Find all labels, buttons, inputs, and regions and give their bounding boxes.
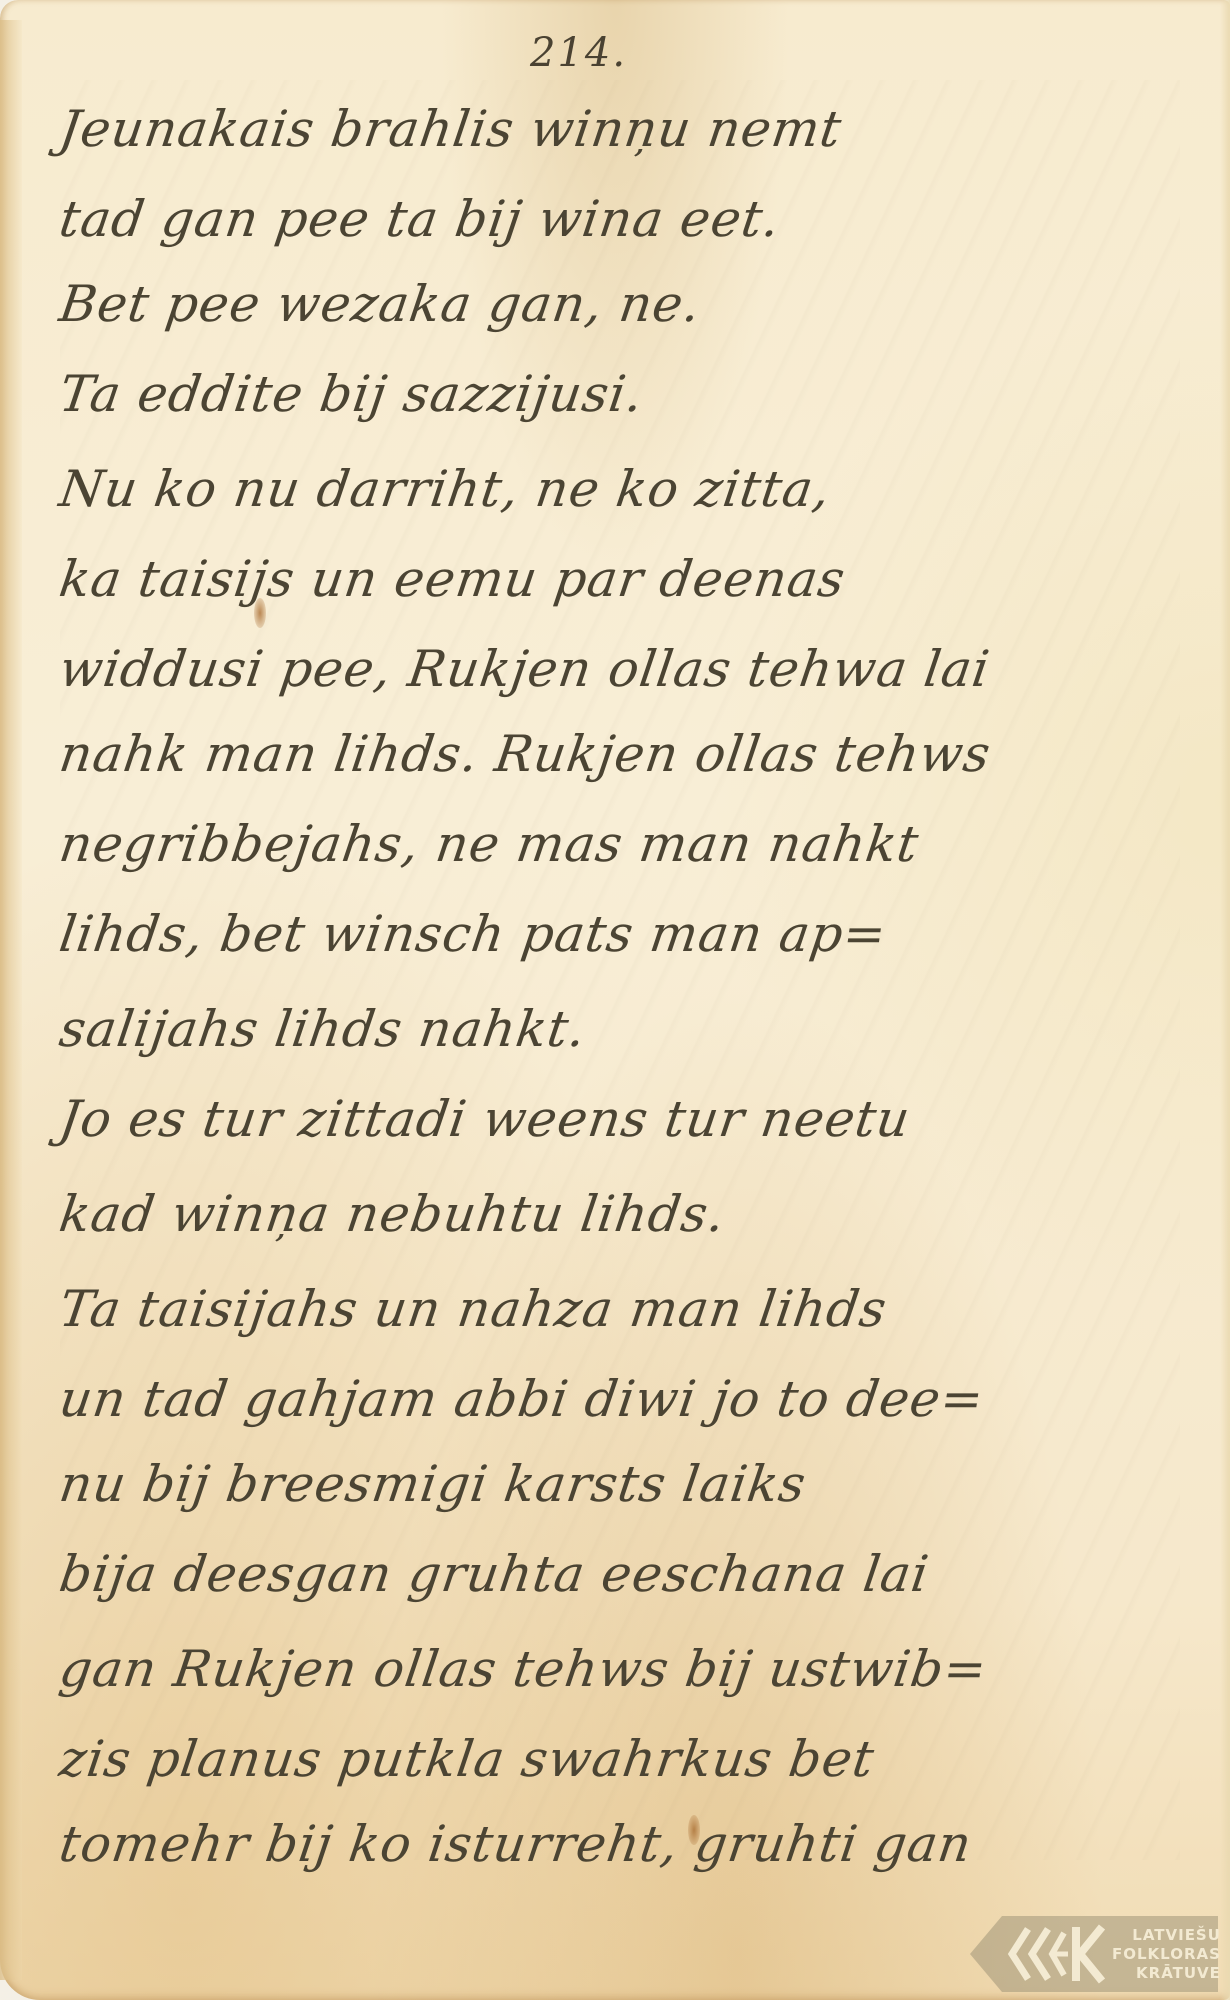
- handwritten-line: Ta eddite bij sazzijusi.: [56, 365, 647, 423]
- handwritten-line: zis planus putkla swahrkus bet: [56, 1730, 878, 1788]
- handwritten-line: un tad gahjam abbi diwi jo to dee=: [56, 1370, 988, 1428]
- handwritten-line: nahk man lihds. Rukjen ollas tehws: [56, 725, 995, 783]
- handwritten-line: negribbejahs, ne mas man nahkt: [56, 815, 923, 873]
- handwritten-line: ka taisijs un eemu par deenas: [56, 550, 849, 608]
- paper-right-edge: [1220, 0, 1230, 2000]
- handwritten-line: Nu ko nu darriht, ne ko zitta,: [56, 460, 834, 518]
- manuscript-page: 214. Jeunakais brahlis winņu nemt tad ga…: [0, 0, 1230, 2000]
- handwritten-line: widdusi pee, Rukjen ollas tehwa lai: [56, 640, 994, 698]
- handwritten-line: salijahs lihds nahkt.: [56, 1000, 590, 1058]
- page-number: 214.: [530, 30, 627, 76]
- logo-line-2: FOLKLORAS: [1112, 1945, 1221, 1964]
- handwritten-line: kad winņa nebuhtu lihds.: [56, 1185, 729, 1243]
- logo-text: LATVIEŠU FOLKLORAS KRĀTUVE: [1112, 1926, 1221, 1983]
- handwritten-line: Jo es tur zittadi weens tur neetu: [56, 1090, 914, 1148]
- logo-line-1: LATVIEŠU: [1112, 1926, 1221, 1945]
- archive-watermark-logo: LATVIEŠU FOLKLORAS KRĀTUVE: [970, 1916, 1218, 1992]
- handwritten-line: Ta taisijahs un nahza man lihds: [56, 1280, 891, 1338]
- handwritten-line: tomehr bij ko isturreht, gruhti gan: [56, 1815, 976, 1873]
- handwritten-line: tad gan pee ta bij wina eet.: [56, 190, 784, 248]
- handwritten-line: gan Rukjen ollas tehws bij ustwib=: [56, 1640, 991, 1698]
- handwritten-line: bija deesgan gruhta eeschana lai: [56, 1545, 933, 1603]
- handwritten-line: Jeunakais brahlis winņu nemt: [56, 100, 846, 158]
- handwritten-line: nu bij breesmigi karsts laiks: [56, 1455, 810, 1513]
- handwritten-line: lihds, bet winsch pats man ap=: [56, 905, 891, 963]
- handwritten-line: Bet pee wezaka gan, ne.: [56, 275, 705, 333]
- logo-line-3: KRĀTUVE: [1112, 1964, 1221, 1983]
- lfk-chevrons-icon: [1006, 1923, 1106, 1985]
- paper-left-edge: [0, 20, 22, 1980]
- lfk-logo-icon: [1006, 1923, 1106, 1985]
